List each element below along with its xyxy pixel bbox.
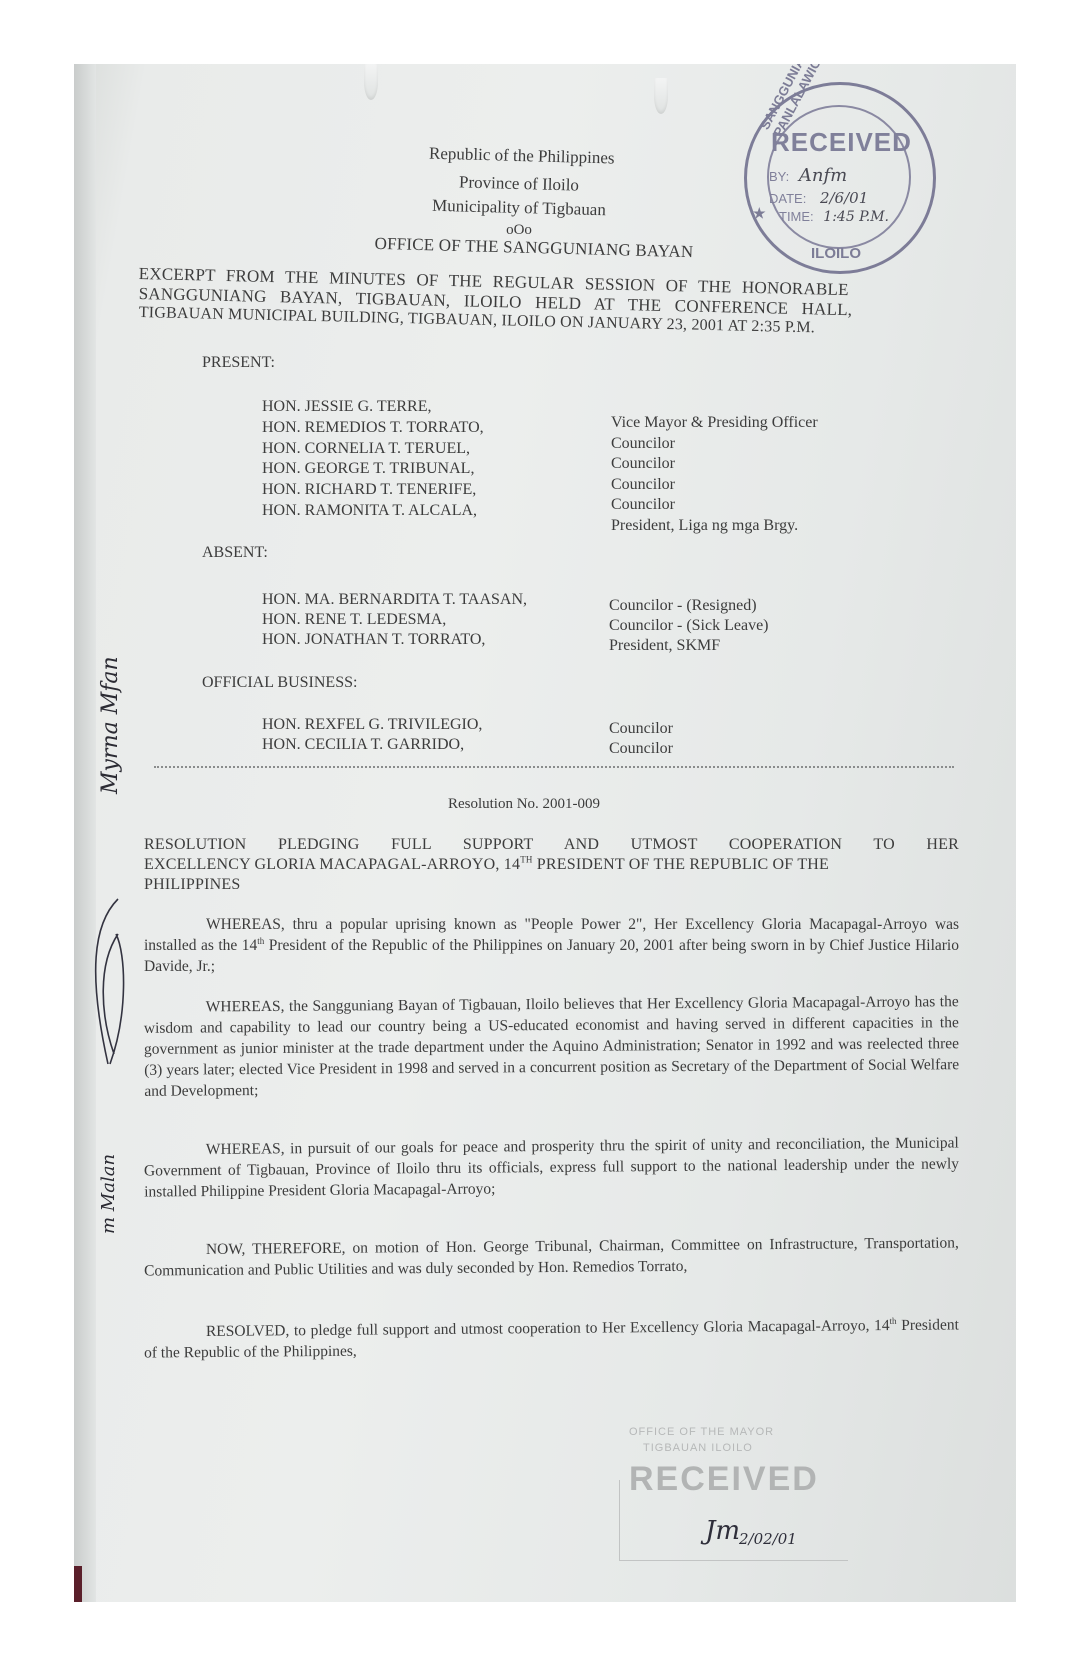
stamp-received-label: RECEIVED	[771, 127, 912, 158]
whereas-paragraph-1: WHEREAS, thru a popular uprising known a…	[144, 914, 959, 977]
member-role: Vice Mayor & Presiding Officer	[611, 412, 818, 433]
now-therefore-paragraph: NOW, THEREFORE, on motion of Hon. George…	[144, 1232, 959, 1281]
member-name: HON. JESSIE G. TERRE,	[262, 396, 432, 417]
document-photo: Republic of the Philippines Province of …	[74, 64, 1016, 1602]
stamp-time-label: TIME:	[779, 209, 814, 224]
resolved-paragraph: RESOLVED, to pledge full support and utm…	[144, 1314, 959, 1363]
header-municipality: Municipality of Tigbauan	[419, 195, 619, 220]
whereas-paragraph-3: WHEREAS, in pursuit of our goals for pea…	[144, 1132, 960, 1202]
member-role: Councilor	[609, 718, 673, 739]
member-name: HON. MA. BERNARDITA T. TAASAN,	[262, 589, 527, 610]
resolution-number: Resolution No. 2001-009	[404, 794, 644, 815]
received-stamp-rect: OFFICE OF THE MAYOR TIGBAUAN ILOILO RECE…	[619, 1424, 859, 1564]
member-name: HON. RAMONITA T. ALCALA,	[262, 500, 477, 521]
margin-signature-loop	[88, 894, 138, 1074]
page-edge-mark	[74, 1566, 82, 1602]
header-republic: Republic of the Philippines	[429, 144, 609, 169]
stamp-bottom-text: ILOILO	[811, 245, 861, 262]
resolution-title-line-3: PHILIPPINES	[144, 876, 240, 894]
stamp-date-label: DATE:	[769, 191, 806, 206]
margin-signature-lower: m Malan	[98, 1154, 119, 1234]
member-role: Councilor	[611, 494, 675, 515]
member-role: President, Liga ng mga Brgy.	[611, 515, 798, 536]
punch-hole	[654, 78, 668, 114]
star-icon: ★	[753, 205, 766, 222]
stamp-date-value: 2/02/01	[739, 1530, 797, 1548]
stamp-office-line: OFFICE OF THE MAYOR	[629, 1426, 774, 1438]
member-name: HON. RENE T. LEDESMA,	[262, 609, 446, 630]
received-stamp-round: SANGGUNIANG PANLALAWIGAN RECEIVED BY: An…	[744, 82, 936, 274]
member-name: HON. JONATHAN T. TORRATO,	[262, 629, 485, 650]
punch-hole	[364, 64, 378, 100]
member-name: HON. GEORGE T. TRIBUNAL,	[262, 458, 474, 479]
member-role: President, SKMF	[609, 635, 720, 656]
resolution-title-line-1: RESOLUTION PLEDGING FULL SUPPORT AND UTM…	[144, 836, 959, 854]
member-role: Councilor	[611, 453, 675, 474]
stamp-by-signature: Anfm	[799, 165, 847, 186]
present-label: PRESENT:	[202, 352, 275, 373]
whereas-paragraph-2: WHEREAS, the Sangguniang Bayan of Tigbau…	[144, 991, 960, 1102]
member-name: HON. RICHARD T. TENERIFE,	[262, 479, 476, 500]
stamp-by-label: BY:	[769, 169, 789, 184]
member-name: HON. REMEDIOS T. TORRATO,	[262, 417, 484, 438]
member-role: Councilor	[611, 433, 675, 454]
dotted-divider	[154, 766, 954, 768]
official-business-label: OFFICIAL BUSINESS:	[202, 672, 357, 693]
header-office: OFFICE OF THE SANGGUNIANG BAYAN	[364, 234, 704, 263]
member-role: Councilor	[611, 474, 675, 495]
stamp-time-value: 1:45 P.M.	[823, 209, 889, 225]
stamp-town-line: TIGBAUAN ILOILO	[643, 1442, 753, 1454]
header-province: Province of Iloilo	[429, 172, 609, 197]
margin-signature-upper: Myrna Mfan	[98, 656, 123, 794]
stamp-date-value: 2/6/01	[820, 189, 868, 207]
absent-label: ABSENT:	[202, 542, 268, 563]
member-role: Councilor - (Resigned)	[609, 595, 757, 616]
member-role: Councilor	[609, 738, 673, 759]
resolution-title-line-2: EXCELLENCY GLORIA MACAPAGAL-ARROYO, 14TH…	[144, 856, 829, 874]
member-role: Councilor - (Sick Leave)	[609, 615, 769, 636]
member-name: HON. CECILIA T. GARRIDO,	[262, 734, 464, 755]
stamp-signature: Jm	[705, 1516, 740, 1546]
member-name: HON. CORNELIA T. TERUEL,	[262, 438, 470, 459]
member-name: HON. REXFEL G. TRIVILEGIO,	[262, 714, 482, 735]
